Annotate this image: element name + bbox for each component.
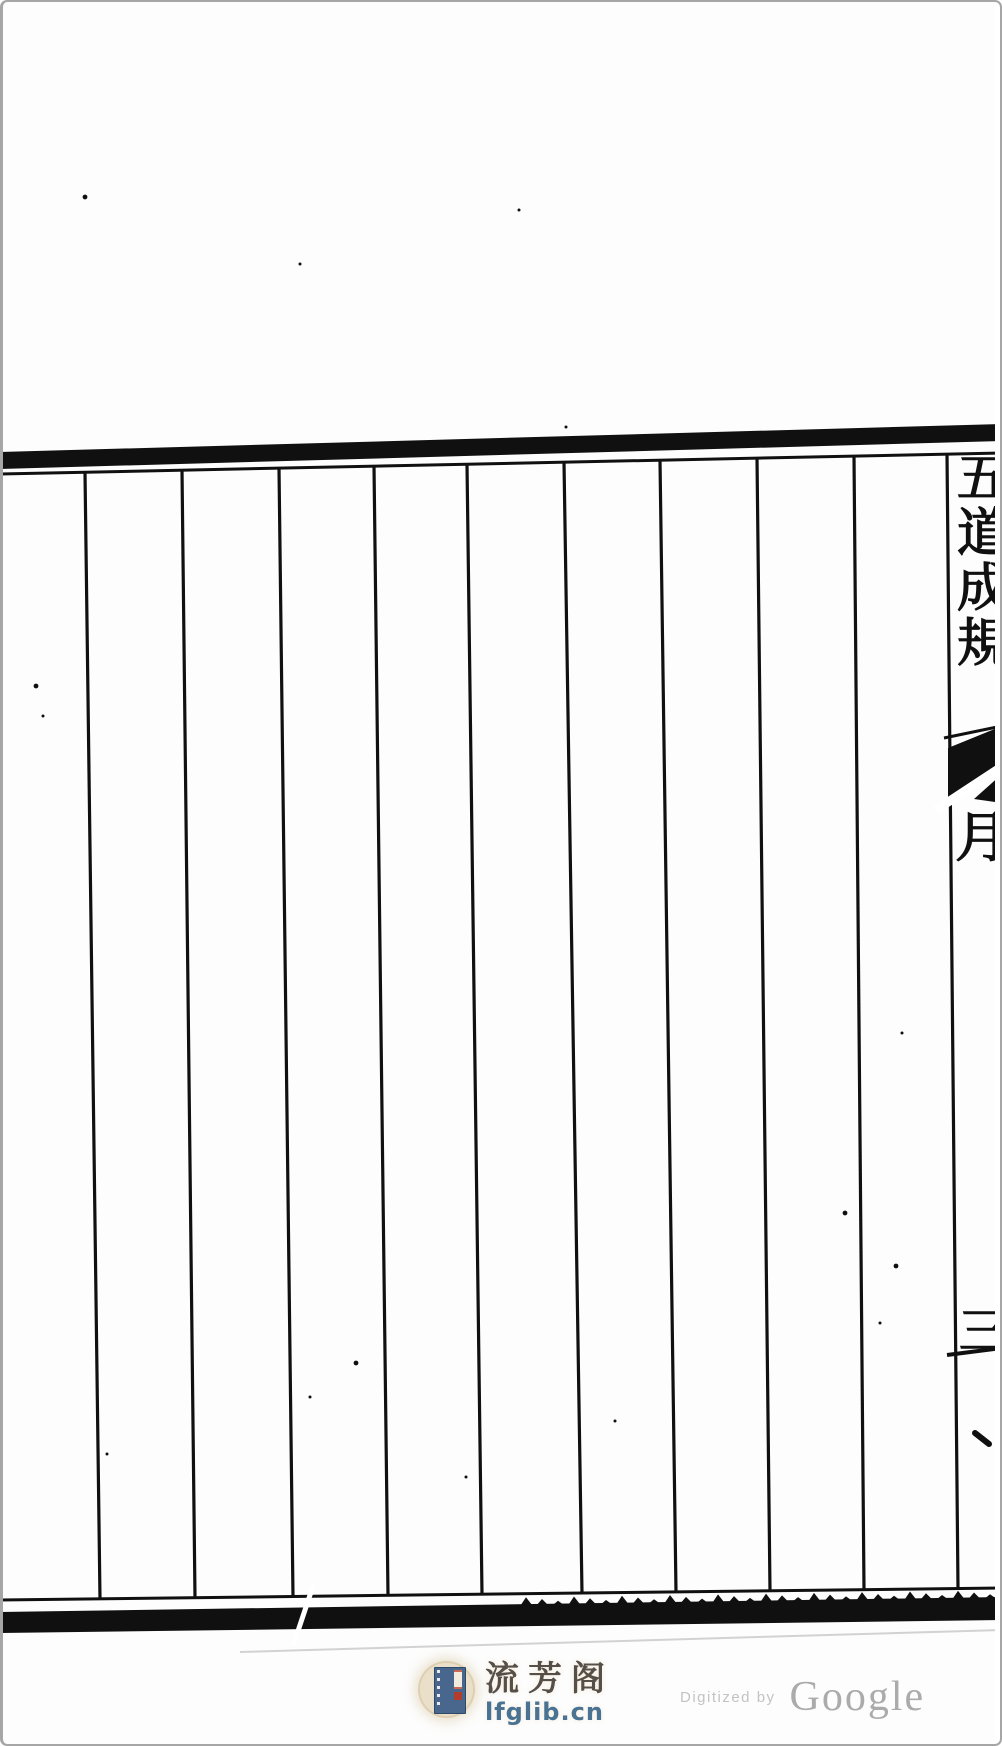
book-stitching bbox=[437, 1670, 440, 1710]
digitized-by-label: Digitized by bbox=[680, 1689, 776, 1706]
book-badge-icon bbox=[420, 1663, 473, 1716]
google-logo: Google bbox=[790, 1676, 926, 1718]
watermark-site-name: 流芳阁 bbox=[485, 1663, 614, 1697]
lfglib-watermark: 流芳阁 lfglib.cn bbox=[420, 1663, 614, 1725]
page-ruling-artwork bbox=[0, 0, 1002, 1746]
google-credit-line: Digitized by Google bbox=[680, 1676, 925, 1718]
scanned-book-page: 五 道 成 規 月 三 流芳阁 lfglib.cn Digitized by G… bbox=[0, 0, 1002, 1746]
watermark-text-block: 流芳阁 lfglib.cn bbox=[485, 1663, 614, 1725]
traditional-book-icon bbox=[434, 1667, 466, 1714]
book-title-slip bbox=[454, 1670, 462, 1689]
watermark-site-url: lfglib.cn bbox=[485, 1699, 614, 1725]
scan-edge-cover bbox=[995, 0, 1002, 1746]
book-red-seal bbox=[454, 1692, 462, 1700]
